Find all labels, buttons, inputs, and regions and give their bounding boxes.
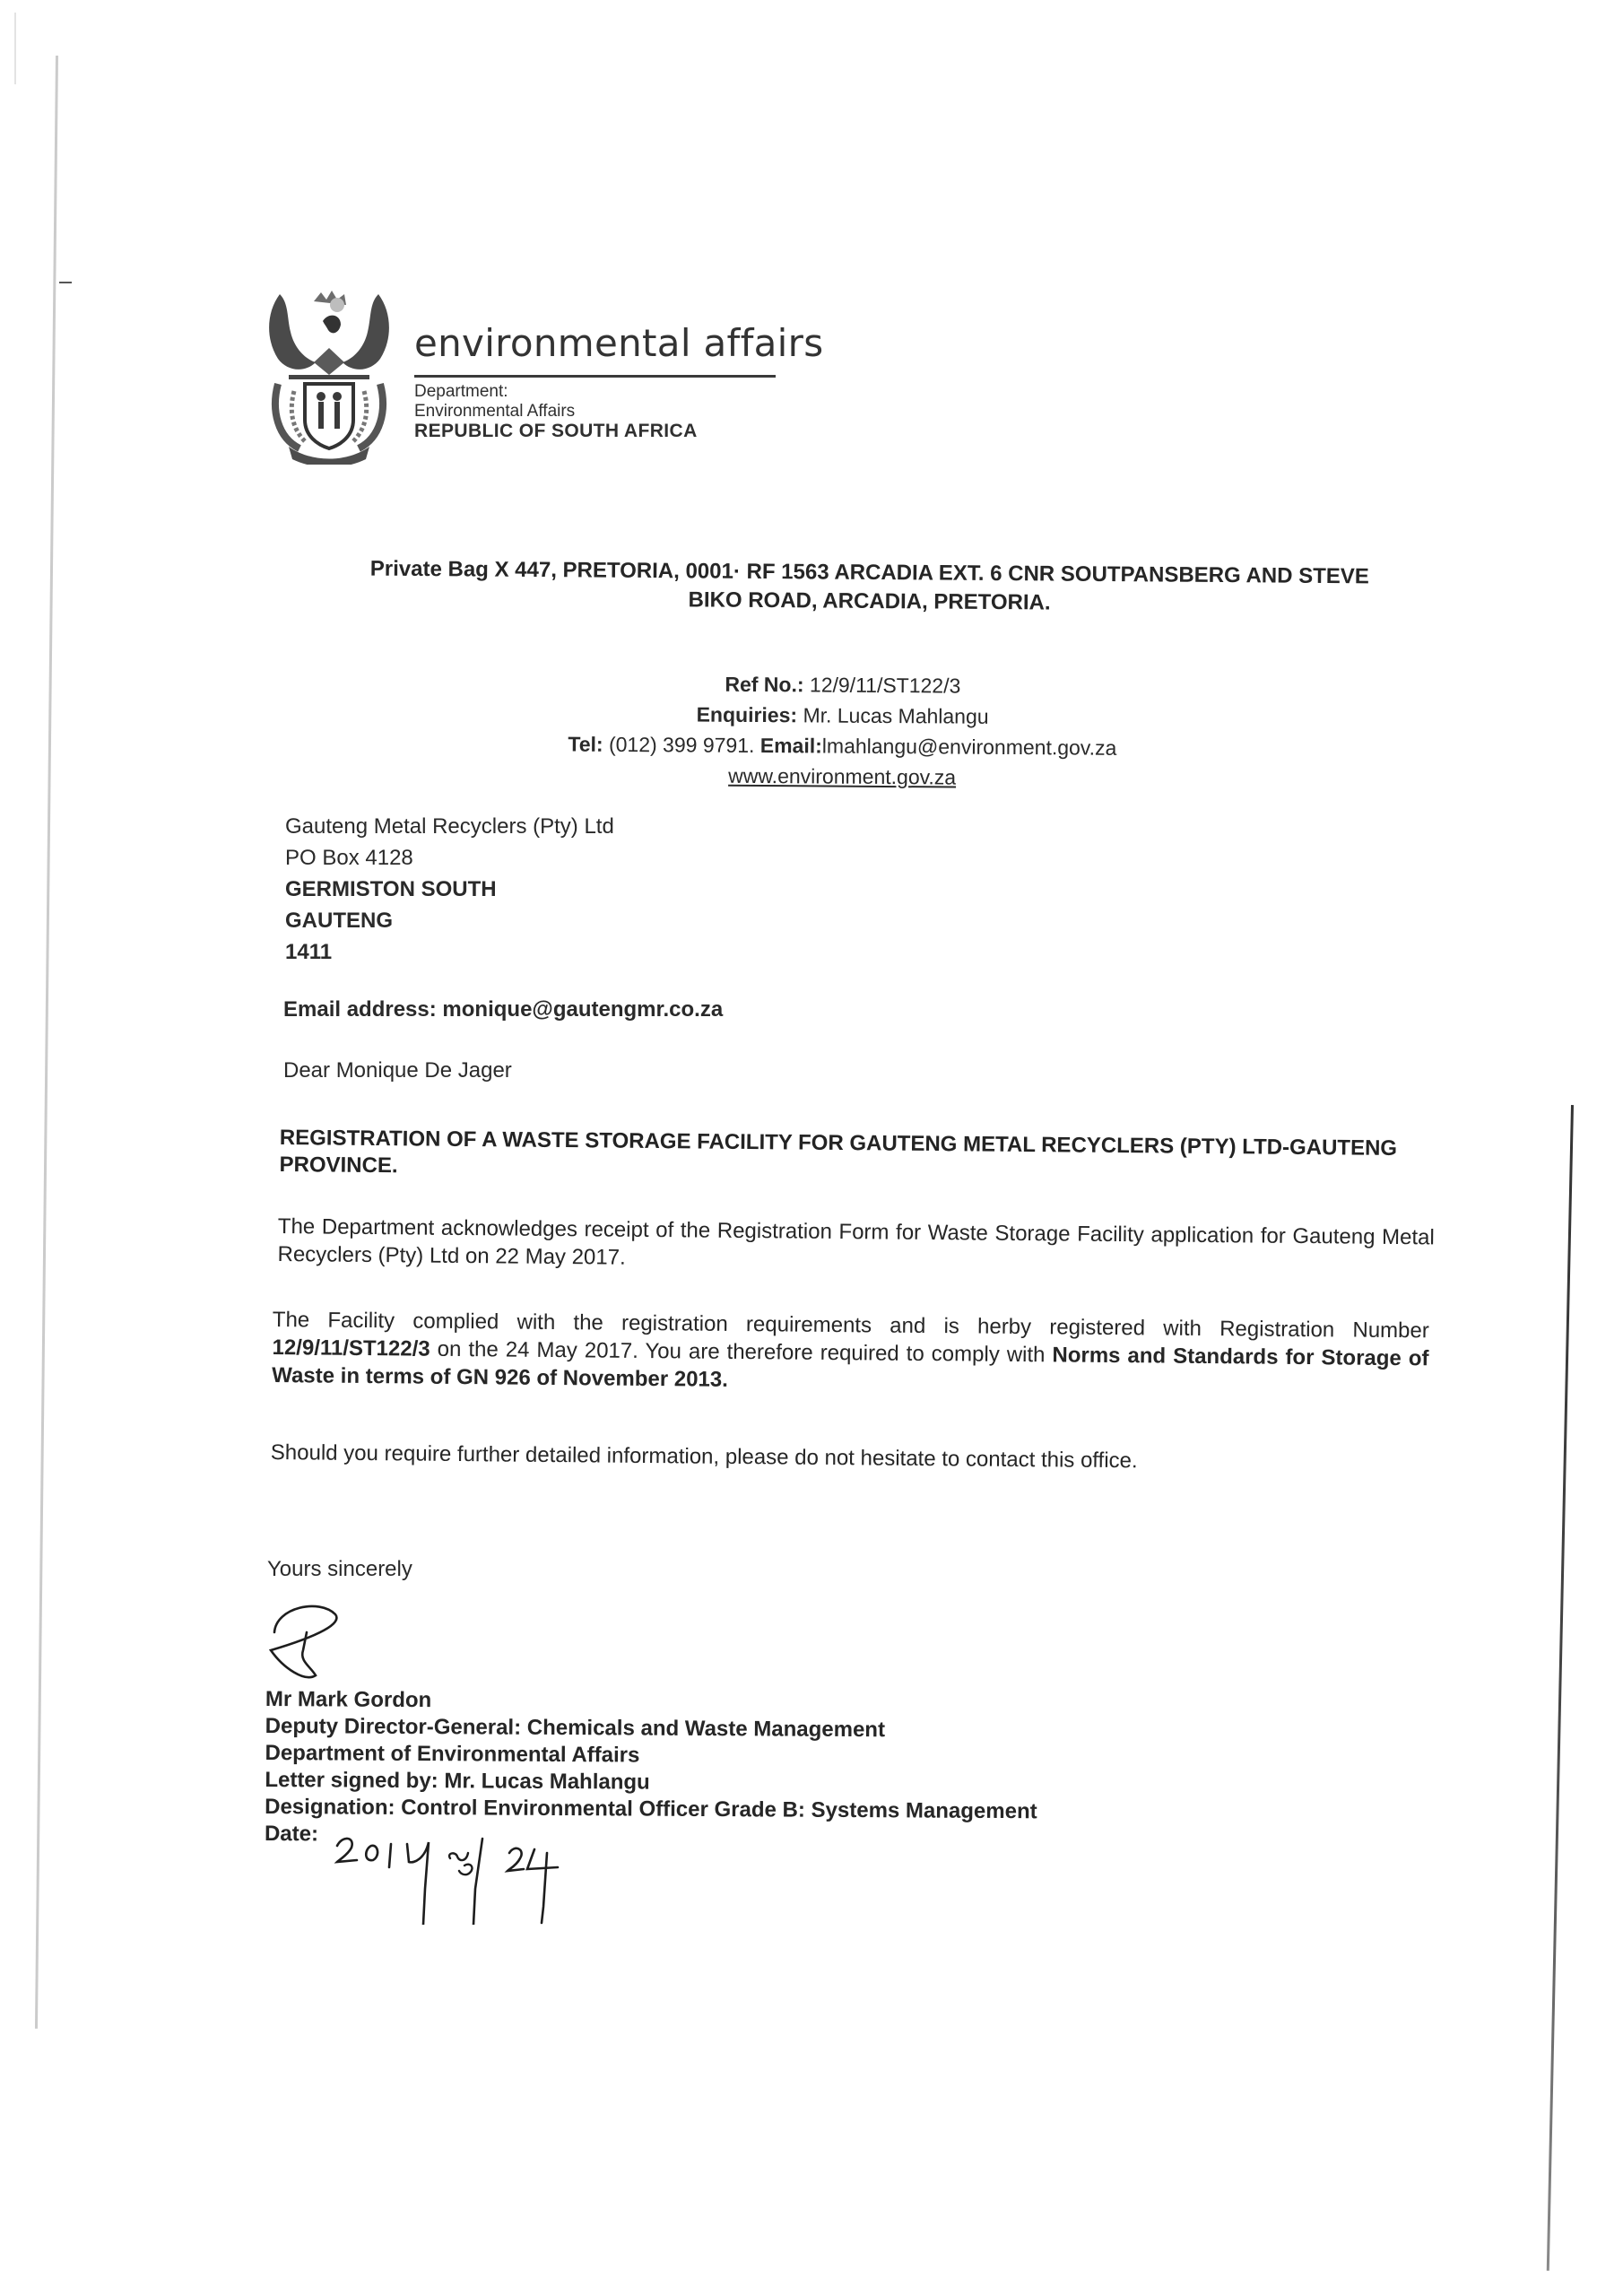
body-paragraph-3: Should you require further detailed info… bbox=[271, 1439, 1428, 1477]
email-label: Email: bbox=[760, 734, 822, 757]
department-lines: Department: Environmental Affairs REPUBL… bbox=[414, 382, 698, 441]
recipient-company: Gauteng Metal Recyclers (Pty) Ltd bbox=[285, 811, 614, 842]
contact-line: Tel: (012) 399 9791. Email:lmahlangu@env… bbox=[501, 728, 1183, 763]
coat-of-arms-icon bbox=[262, 285, 396, 465]
ref-value: 12/9/11/ST122/3 bbox=[810, 673, 961, 697]
signed-by-label: Letter signed by: bbox=[265, 1768, 438, 1793]
letter-subject: REGISTRATION OF A WASTE STORAGE FACILITY… bbox=[279, 1125, 1436, 1189]
enquiries-value: Mr. Lucas Mahlangu bbox=[803, 703, 988, 727]
reference-block: Ref No.: 12/9/11/ST122/3 Enquiries: Mr. … bbox=[501, 667, 1184, 794]
scan-fold-line-right bbox=[1547, 1105, 1574, 2271]
ref-number-line: Ref No.: 12/9/11/ST122/3 bbox=[502, 667, 1184, 702]
scan-edge-mark bbox=[14, 13, 16, 84]
recipient-city: GERMISTON SOUTH bbox=[285, 874, 614, 905]
paragraph-2-text-b: on the 24 May 2017. You are therefore re… bbox=[430, 1337, 1053, 1368]
recipient-email-link[interactable]: monique@gautengmr.co.za bbox=[442, 997, 723, 1022]
department-name: Environmental Affairs bbox=[414, 402, 698, 422]
scan-tick-mark bbox=[59, 282, 72, 283]
scan-fold-line-left bbox=[35, 56, 58, 2029]
email-link[interactable]: lmahlangu@environment.gov.za bbox=[822, 734, 1117, 759]
date-label: Date: bbox=[265, 1822, 318, 1846]
body-paragraph-1: The Department acknowledges receipt of t… bbox=[277, 1213, 1435, 1279]
department-label: Department: bbox=[414, 382, 698, 402]
tel-value: (012) 399 9791. bbox=[609, 733, 755, 757]
postal-address-banner: Private Bag X 447, PRETORIA, 0001· RF 15… bbox=[304, 554, 1434, 621]
designation-value: Control Environmental Officer Grade B: S… bbox=[401, 1796, 1037, 1823]
department-brand: environmental affairs bbox=[414, 321, 823, 365]
recipient-province: GAUTENG bbox=[285, 905, 614, 936]
tel-label: Tel: bbox=[568, 733, 603, 756]
handwritten-date-icon bbox=[332, 1826, 619, 1925]
salutation: Dear Monique De Jager bbox=[283, 1058, 512, 1083]
enquiries-label: Enquiries: bbox=[697, 703, 798, 727]
signature-icon bbox=[265, 1596, 364, 1686]
website-link[interactable]: www.environment.gov.za bbox=[501, 759, 1183, 794]
recipient-email-label: Email address: bbox=[283, 997, 437, 1022]
recipient-postal-code: 1411 bbox=[285, 936, 614, 968]
registration-number: 12/9/11/ST122/3 bbox=[272, 1335, 430, 1361]
signed-by-value: Mr. Lucas Mahlangu bbox=[444, 1769, 650, 1794]
closing-phrase: Yours sincerely bbox=[267, 1557, 412, 1582]
recipient-email-line: Email address: monique@gautengmr.co.za bbox=[283, 997, 723, 1022]
country-name: REPUBLIC OF SOUTH AFRICA bbox=[414, 422, 698, 441]
recipient-po-box: PO Box 4128 bbox=[285, 842, 614, 874]
brand-underline bbox=[414, 375, 776, 378]
designation-line: Designation: Control Environmental Offic… bbox=[265, 1794, 1037, 1825]
designation-label: Designation: bbox=[265, 1795, 395, 1820]
enquiries-line: Enquiries: Mr. Lucas Mahlangu bbox=[502, 698, 1184, 733]
body-paragraph-2: The Facility complied with the registrat… bbox=[272, 1306, 1429, 1400]
ref-label: Ref No.: bbox=[725, 673, 803, 697]
recipient-address: Gauteng Metal Recyclers (Pty) Ltd PO Box… bbox=[285, 811, 614, 968]
letter-page: environmental affairs Department: Enviro… bbox=[0, 0, 1623, 2296]
